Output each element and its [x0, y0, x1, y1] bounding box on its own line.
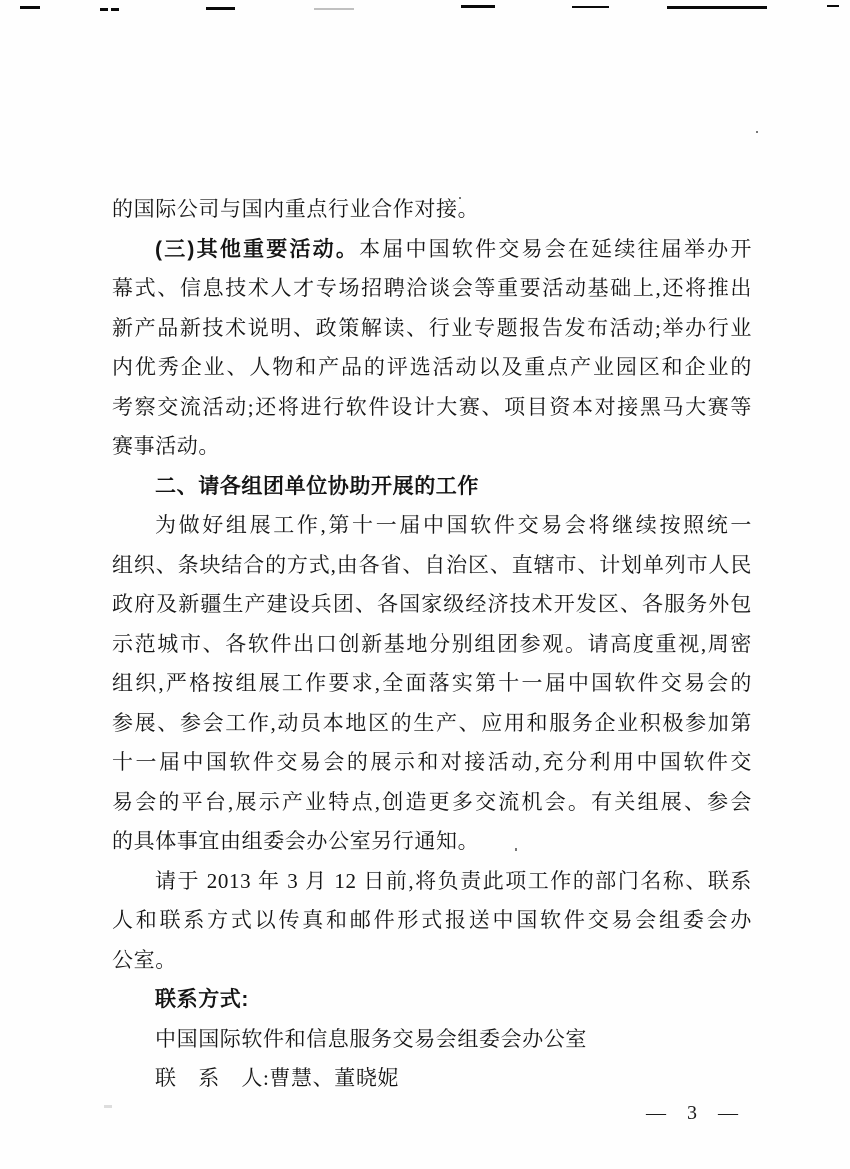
scan-artifact-dash: [461, 5, 495, 8]
page-number: — 3 —: [646, 1102, 756, 1125]
text-line: 易会的平台,展示产业特点,创造更多交流机会。有关组展、参会: [112, 783, 752, 823]
text-segment-bold: 联系方式:: [155, 988, 249, 1011]
scan-artifact-dash: [20, 6, 40, 9]
text-line: 为做好组展工作,第十一届中国软件交易会将继续按照统一: [112, 506, 752, 546]
scan-artifact-dash: [314, 8, 354, 10]
scan-artifact-dash: [206, 7, 235, 10]
text-segment: 考察交流活动;还将进行软件设计大赛、项目资本对接黑马大赛等: [112, 395, 752, 419]
text-segment: 本届中国软件交易会在延续往届举办开: [359, 237, 752, 261]
text-segment: 示范城市、各软件出口创新基地分别组团参观。请高度重视,周密: [112, 632, 752, 656]
text-line: (三)其他重要活动。本届中国软件交易会在延续往届举办开: [112, 230, 752, 270]
scan-artifact-speck: [756, 131, 758, 133]
text-line: 请于 2013 年 3 月 12 日前,将负责此项工作的部门名称、联系: [112, 862, 752, 902]
text-segment: 组织,严格按组展工作要求,全面落实第十一届中国软件交易会的: [112, 671, 752, 695]
text-segment: 为做好组展工作,第十一届中国软件交易会将继续按照统一: [155, 513, 752, 537]
document-body: 的国际公司与国内重点行业合作对接。(三)其他重要活动。本届中国软件交易会在延续往…: [112, 190, 752, 1099]
text-segment: 联 系 人:曹慧、董晓妮: [155, 1066, 399, 1090]
text-segment: 的国际公司与国内重点行业合作对接。: [112, 197, 479, 221]
text-segment: 内优秀企业、人物和产品的评选活动以及重点产业园区和企业的: [112, 355, 752, 379]
scan-artifact-dash: [827, 5, 839, 7]
scanned-page: { "document": { "lines": [ {"segments":[…: [0, 0, 850, 1169]
text-line: 政府及新疆生产建设兵团、各国家级经济技术开发区、各服务外包: [112, 585, 752, 625]
text-segment: 组织、条块结合的方式,由各省、自治区、直辖市、计划单列市人民: [112, 553, 752, 577]
text-segment: 易会的平台,展示产业特点,创造更多交流机会。有关组展、参会: [112, 790, 752, 814]
text-line: 示范城市、各软件出口创新基地分别组团参观。请高度重视,周密: [112, 625, 752, 665]
scan-artifact-speck: [104, 1105, 112, 1108]
text-line: 公室。: [112, 941, 752, 981]
text-line: 赛事活动。: [112, 427, 752, 467]
text-segment: 中国国际软件和信息服务交易会组委会办公室: [155, 1027, 587, 1051]
text-line: 组织,严格按组展工作要求,全面落实第十一届中国软件交易会的: [112, 664, 752, 704]
text-segment: 十一届中国软件交易会的展示和对接活动,充分利用中国软件交: [112, 750, 752, 774]
text-line: 的具体事宜由组委会办公室另行通知。: [112, 822, 752, 862]
text-segment: 公室。: [112, 948, 177, 972]
text-line: 二、请各组团单位协助开展的工作: [112, 467, 752, 507]
text-line: 联 系 人:曹慧、董晓妮: [112, 1059, 752, 1099]
text-line: 中国国际软件和信息服务交易会组委会办公室: [112, 1020, 752, 1060]
text-line: 幕式、信息技术人才专场招聘洽谈会等重要活动基础上,还将推出: [112, 269, 752, 309]
text-segment-bold: (三)其他重要活动。: [155, 238, 359, 261]
text-line: 人和联系方式以传真和邮件形式报送中国软件交易会组委会办: [112, 901, 752, 941]
text-line: 内优秀企业、人物和产品的评选活动以及重点产业园区和企业的: [112, 348, 752, 388]
text-line: 的国际公司与国内重点行业合作对接。: [112, 190, 752, 230]
scan-artifact-dash: [667, 6, 767, 9]
text-line: 新产品新技术说明、政策解读、行业专题报告发布活动;举办行业: [112, 309, 752, 349]
text-segment-bold: 二、请各组团单位协助开展的工作: [155, 475, 479, 498]
text-segment: 的具体事宜由组委会办公室另行通知。: [112, 829, 479, 853]
text-segment: 新产品新技术说明、政策解读、行业专题报告发布活动;举办行业: [112, 316, 752, 340]
scan-artifact-dash: [111, 8, 119, 11]
text-segment: 参展、参会工作,动员本地区的生产、应用和服务企业积极参加第: [112, 711, 752, 735]
text-line: 参展、参会工作,动员本地区的生产、应用和服务企业积极参加第: [112, 704, 752, 744]
text-segment: 幕式、信息技术人才专场招聘洽谈会等重要活动基础上,还将推出: [112, 276, 752, 300]
scan-artifact-dash: [572, 6, 609, 8]
text-line: 联系方式:: [112, 980, 752, 1020]
text-segment: 人和联系方式以传真和邮件形式报送中国软件交易会组委会办: [112, 908, 752, 932]
text-segment: 政府及新疆生产建设兵团、各国家级经济技术开发区、各服务外包: [112, 592, 752, 616]
text-segment: 请于 2013 年 3 月 12 日前,将负责此项工作的部门名称、联系: [155, 869, 752, 893]
scan-artifact-dash: [100, 8, 108, 11]
text-segment: 赛事活动。: [112, 434, 220, 458]
text-line: 组织、条块结合的方式,由各省、自治区、直辖市、计划单列市人民: [112, 546, 752, 586]
text-line: 十一届中国软件交易会的展示和对接活动,充分利用中国软件交: [112, 743, 752, 783]
text-line: 考察交流活动;还将进行软件设计大赛、项目资本对接黑马大赛等: [112, 388, 752, 428]
